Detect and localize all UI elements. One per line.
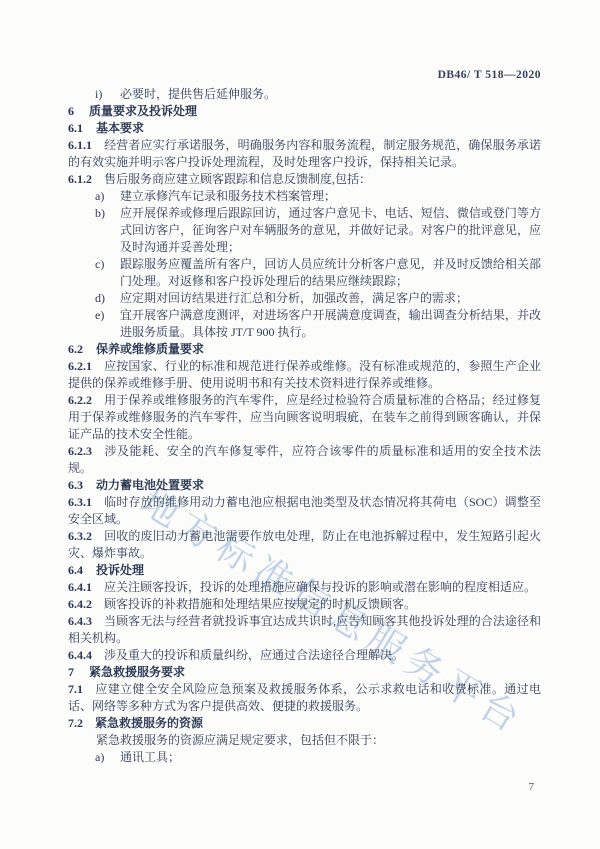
clause-6.2.1: 6.2.1应按国家、行业的标准和规范进行保养或维修。没有标准或规范的，参照生产企…: [68, 358, 541, 392]
page-number: 7: [529, 779, 535, 796]
clause-6.4.2: 6.4.2顾客投诉的补救措施和处理结果应按规定的时机反馈顾客。: [68, 596, 541, 613]
heading-title: 基本要求: [96, 121, 144, 135]
list-label: a): [95, 188, 104, 205]
heading-title: 紧急救援服务要求: [89, 665, 185, 679]
document-page: 地方标准信息服务平台 DB46/ T 518—2020 i)必要时，提供售后延伸…: [0, 0, 600, 849]
clause-6.4.1: 6.4.1应关注顾客投诉，投诉的处理措施应确保与投诉的影响或潜在影响的程度相适应…: [68, 579, 541, 596]
clause-number: 6.3.2: [68, 529, 92, 543]
list-label: c): [95, 256, 104, 273]
heading-title: 投诉处理: [96, 563, 144, 577]
list-item-d: d)应定期对回访结果进行汇总和分析，加强改善，满足客户的需求；: [68, 290, 541, 307]
list-label: a): [95, 749, 104, 766]
list-item-c: c)跟踪服务应覆盖所有客户，回访人员应统计分析客户意见，并及时反馈给相关部门处理…: [68, 256, 541, 290]
clause-number: 6.3.1: [68, 495, 92, 509]
clause-6.3.2: 6.3.2回收的废旧动力蓄电池需要作放电处理，防止在电池拆解过程中，发生短路引起…: [68, 528, 541, 562]
clause-number: 6.2.2: [68, 393, 92, 407]
heading-title: 保养或维修质量要求: [96, 342, 204, 356]
list-label: i): [95, 86, 102, 103]
section-heading-6.4: 6.4投诉处理: [68, 562, 541, 579]
clause-number: 7.1: [68, 682, 83, 696]
list-item-a: a)通讯工具；: [68, 749, 541, 766]
clause-6.1.1: 6.1.1经营者应实行承诺服务，明确服务内容和服务流程，制定服务规范，确保服务承…: [68, 137, 541, 171]
paragraph: 紧急救援服务的资源应满足规定要求，包括但不限于：: [68, 732, 541, 749]
doc-code: DB46/ T 518—2020: [438, 69, 541, 81]
clause-6.4.3: 6.4.3当顾客无法与经营者就投诉事宜达成共识时,应告知顾客其他投诉处理的合法途…: [68, 613, 541, 647]
list-label: e): [95, 307, 104, 324]
clause-number: 6.4.1: [68, 580, 92, 594]
clause-7.1: 7.1应建立健全安全风险应急预案及救援服务体系，公示求救电话和收费标准。通过电话…: [68, 681, 541, 715]
list-item-i: i)必要时，提供售后延伸服务。: [68, 86, 541, 103]
clause-6.1.2: 6.1.2售后服务商应建立顾客跟踪和信息反馈制度,包括：: [68, 171, 541, 188]
chapter-heading-6: 6质量要求及投诉处理: [68, 103, 541, 120]
clause-number: 6.4.3: [68, 614, 92, 628]
clause-number: 6.2.3: [68, 444, 92, 458]
section-heading-6.2: 6.2保养或维修质量要求: [68, 341, 541, 358]
section-heading-6.3: 6.3动力蓄电池处置要求: [68, 477, 541, 494]
list-label: b): [95, 205, 105, 222]
clause-number: 6.2.1: [68, 359, 92, 373]
heading-number: 6.2: [68, 342, 83, 356]
section-heading-6.1: 6.1基本要求: [68, 120, 541, 137]
heading-number: 6: [68, 104, 74, 118]
list-item-b: b)应开展保养或修理后跟踪回访，通过客户意见卡、电话、短信、微信或登门等方式回访…: [68, 205, 541, 256]
clause-number: 6.4.2: [68, 597, 92, 611]
heading-number: 7: [68, 665, 74, 679]
document-content: i)必要时，提供售后延伸服务。6质量要求及投诉处理6.1基本要求6.1.1经营者…: [68, 86, 541, 766]
list-item-e: e)宜开展客户满意度测评，对进场客户开展满意度调查，输出调查分析结果，并改进服务…: [68, 307, 541, 341]
clause-number: 6.1.2: [68, 172, 92, 186]
list-label: d): [95, 290, 105, 307]
heading-title: 质量要求及投诉处理: [89, 104, 197, 118]
clause-6.2.2: 6.2.2用于保养或维修服务的汽车零件，应是经过检验符合质量标准的合格品；经过修…: [68, 392, 541, 443]
clause-number: 6.4.4: [68, 648, 92, 662]
list-item-a: a)建立承修汽车记录和服务技术档案管理；: [68, 188, 541, 205]
heading-title: 动力蓄电池处置要求: [96, 478, 204, 492]
heading-number: 6.3: [68, 478, 83, 492]
clause-6.2.3: 6.2.3涉及能耗、安全的汽车修复零件，应符合该零件的质量标准和适用的安全技术法…: [68, 443, 541, 477]
chapter-heading-7: 7紧急救援服务要求: [68, 664, 541, 681]
clause-number: 7.2: [68, 716, 83, 730]
clause-number: 6.1.1: [68, 138, 92, 152]
clause-6.4.4: 6.4.4涉及重大的投诉和质量纠纷，应通过合法途径合理解决。: [68, 647, 541, 664]
page-header: DB46/ T 518—2020: [438, 67, 541, 84]
heading-number: 6.4: [68, 563, 83, 577]
clause-7.2: 7.2紧急救援服务的资源: [68, 715, 541, 732]
clause-6.3.1: 6.3.1临时存放的维修用动力蓄电池应根据电池类型及状态情况将其荷电（SOC）调…: [68, 494, 541, 528]
heading-number: 6.1: [68, 121, 83, 135]
